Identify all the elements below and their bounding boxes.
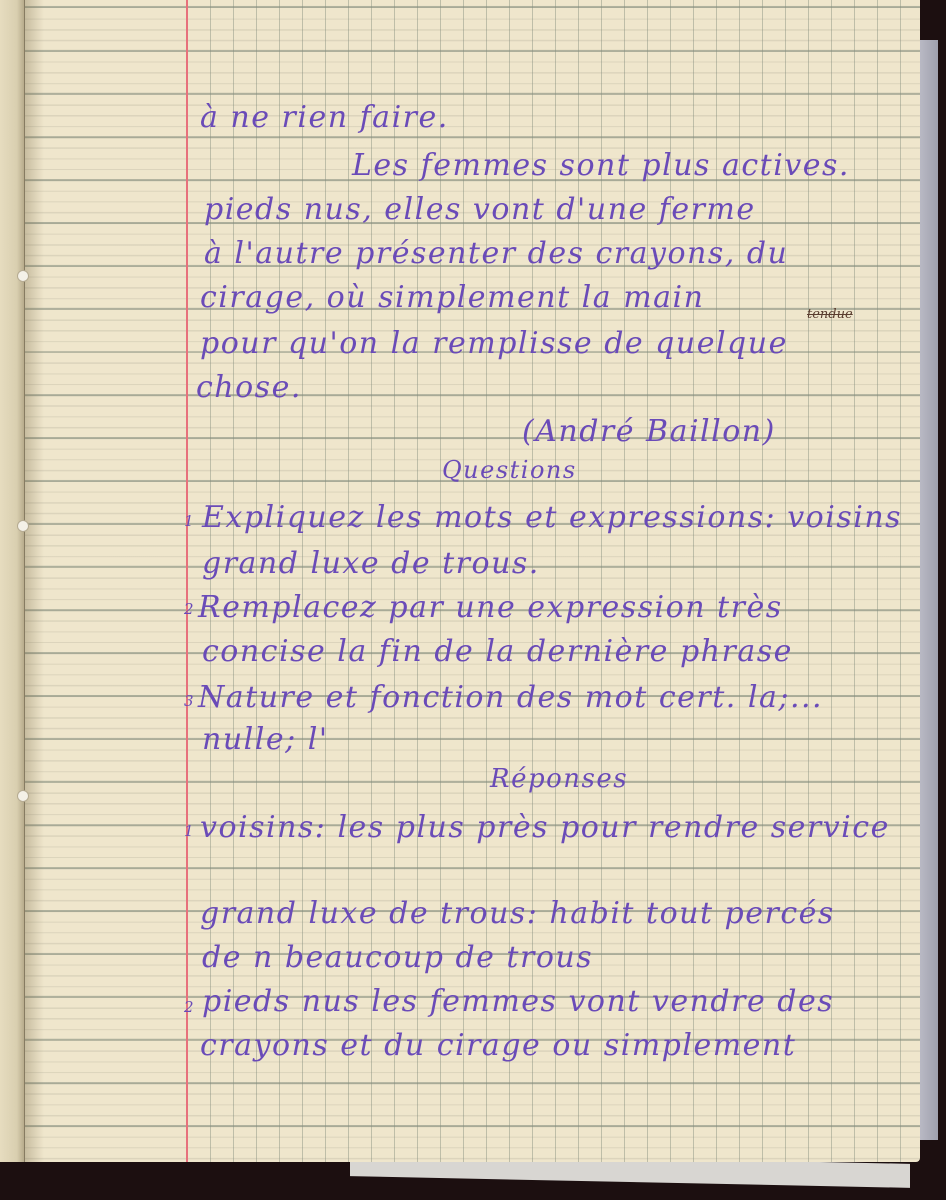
answer-number: 2 [184, 998, 194, 1016]
notebook-binding [0, 0, 25, 1162]
question-number: 3 [184, 692, 194, 710]
binding-stitch-icon [17, 270, 29, 282]
answers-heading: Réponses [490, 764, 628, 794]
question-line: concise la fin de la dernière phrase [202, 634, 793, 669]
attribution: (André Baillon) [522, 414, 776, 449]
answer-line: pieds nus les femmes vont vendre des [202, 984, 834, 1019]
question-number: 2 [184, 600, 194, 618]
red-margin-line [186, 0, 188, 1162]
answer-number: 1 [184, 822, 194, 840]
answer-line: de n beaucoup de trous [202, 940, 593, 975]
passage-line: à ne rien faire. [200, 100, 449, 135]
underlying-sheet-edge [920, 40, 938, 1140]
questions-heading: Questions [442, 456, 577, 484]
passage-line: chose. [196, 370, 302, 405]
binding-shadow [24, 0, 44, 1162]
answer-line: crayons et du cirage ou simplement [200, 1028, 796, 1063]
struck-word: tendue [807, 307, 853, 322]
binding-stitch-icon [17, 790, 29, 802]
question-line: grand luxe de trous. [202, 546, 540, 581]
question-line: nulle; l' [202, 722, 329, 757]
passage-line: à l'autre présenter des crayons, du [204, 236, 788, 271]
answer-line: grand luxe de trous: habit tout percés [200, 896, 835, 931]
passage-line: pour qu'on la remplisse de quelque [200, 326, 788, 361]
notebook-page: à ne rien faire. Les femmes sont plus ac… [0, 0, 920, 1162]
question-number: 1 [184, 512, 194, 530]
question-line: Nature et fonction des mot cert. la;... [198, 680, 823, 715]
question-line: Remplacez par une expression très [198, 590, 783, 625]
question-line: Expliquez les mots et expressions: voisi… [202, 500, 902, 535]
passage-line: pieds nus, elles vont d'une ferme [204, 192, 756, 227]
answer-line: voisins: les plus près pour rendre servi… [200, 810, 890, 845]
passage-line: cirage, où simplement la main [200, 280, 704, 315]
binding-stitch-icon [17, 520, 29, 532]
passage-line: Les femmes sont plus actives. [352, 148, 850, 183]
